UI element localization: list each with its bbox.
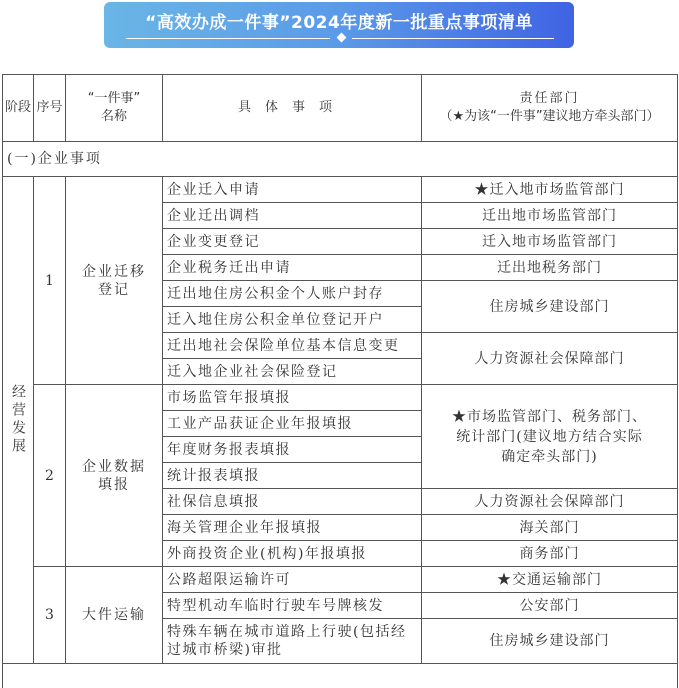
diamond-icon [337,33,347,43]
dept-cell: 公安部门 [422,593,678,619]
dept-cell: 迁出地税务部门 [422,255,678,281]
dept-cell-text: ★市场监管部门、税务部门、统计部门(建议地方结合实际确定牵头部门) [450,407,650,467]
item-cell: 特殊车辆在城市道路上行驶(包括经过城市桥梁)审批 [163,619,422,664]
header-item-label: 具体事项 [238,100,346,115]
banner-divider-right [352,38,554,39]
item-cell: 企业迁入申请 [163,177,422,203]
group-no: 3 [34,567,66,664]
item-cell: 公路超限运输许可 [163,567,422,593]
item-cell: 企业迁出调档 [163,203,422,229]
matters-table: 阶段 序号 “一件事” 名称 具体事项 责任部门 （★为该“一件事”建议地方牵头… [2,74,678,688]
section-title: (一)企业事项 [3,142,678,177]
dept-cell: ★交通运输部门 [422,567,678,593]
item-cell: 迁入地企业社会保险登记 [163,359,422,385]
table-row [3,664,678,688]
header-name: “一件事” 名称 [66,75,163,142]
item-cell: 企业税务迁出申请 [163,255,422,281]
item-cell: 统计报表填报 [163,463,422,489]
dept-cell: 人力资源社会保障部门 [422,489,678,515]
group-name-text: 企业迁移登记 [82,263,146,299]
dept-cell: ★市场监管部门、税务部门、统计部门(建议地方结合实际确定牵头部门) [422,385,678,489]
dept-cell: 商务部门 [422,541,678,567]
item-cell: 年度财务报表填报 [163,437,422,463]
group-no: 2 [34,385,66,567]
item-cell: 市场监管年报填报 [163,385,422,411]
item-cell: 迁出地住房公积金个人账户封存 [163,281,422,307]
group-no: 1 [34,177,66,385]
group-name: 企业迁移登记 [66,177,163,385]
item-cell: 特型机动车临时行驶车号牌核发 [163,593,422,619]
group-name: 企业数据填报 [66,385,163,567]
section-row: (一)企业事项 [3,142,678,177]
dept-cell: 迁入地市场监管部门 [422,229,678,255]
table-row: 2 企业数据填报 市场监管年报填报 ★市场监管部门、税务部门、统计部门(建议地方… [3,385,678,411]
dept-cell: ★迁入地市场监管部门 [422,177,678,203]
item-cell: 迁出地社会保险单位基本信息变更 [163,333,422,359]
item-cell: 工业产品获证企业年报填报 [163,411,422,437]
table-row: 3 大件运输 公路超限运输许可 ★交通运输部门 [3,567,678,593]
dept-cell: 人力资源社会保障部门 [422,333,678,385]
table-row: 经营发展 1 企业迁移登记 企业迁入申请 ★迁入地市场监管部门 [3,177,678,203]
item-cell: 外商投资企业(机构)年报填报 [163,541,422,567]
banner-divider-left [126,38,330,39]
item-cell: 企业变更登记 [163,229,422,255]
banner-title: “高效办成一件事”2024年度新一批重点事项清单 [104,8,574,33]
header-item: 具体事项 [163,75,422,142]
item-cell: 社保信息填报 [163,489,422,515]
header-name-line1: “一件事” [70,90,158,108]
group-name: 大件运输 [66,567,163,664]
header-dept: 责任部门 （★为该“一件事”建议地方牵头部门） [422,75,678,142]
header-no: 序号 [34,75,66,142]
stage-cell: 经营发展 [3,177,34,664]
header-dept-line2: （★为该“一件事”建议地方牵头部门） [426,108,673,126]
dept-cell: 住房城乡建设部门 [422,281,678,333]
stage-label: 经营发展 [9,384,27,456]
title-banner: “高效办成一件事”2024年度新一批重点事项清单 [104,2,574,48]
dept-cell: 迁出地市场监管部门 [422,203,678,229]
header-stage: 阶段 [3,75,34,142]
item-cell: 海关管理企业年报填报 [163,515,422,541]
next-section-row [3,664,678,688]
dept-cell: 住房城乡建设部门 [422,619,678,664]
header-dept-line1: 责任部门 [426,90,673,108]
group-name-text: 企业数据填报 [82,458,146,494]
header-name-line2: 名称 [70,108,158,126]
item-cell: 迁入地住房公积金单位登记开户 [163,307,422,333]
table-header-row: 阶段 序号 “一件事” 名称 具体事项 责任部门 （★为该“一件事”建议地方牵头… [3,75,678,142]
dept-cell: 海关部门 [422,515,678,541]
